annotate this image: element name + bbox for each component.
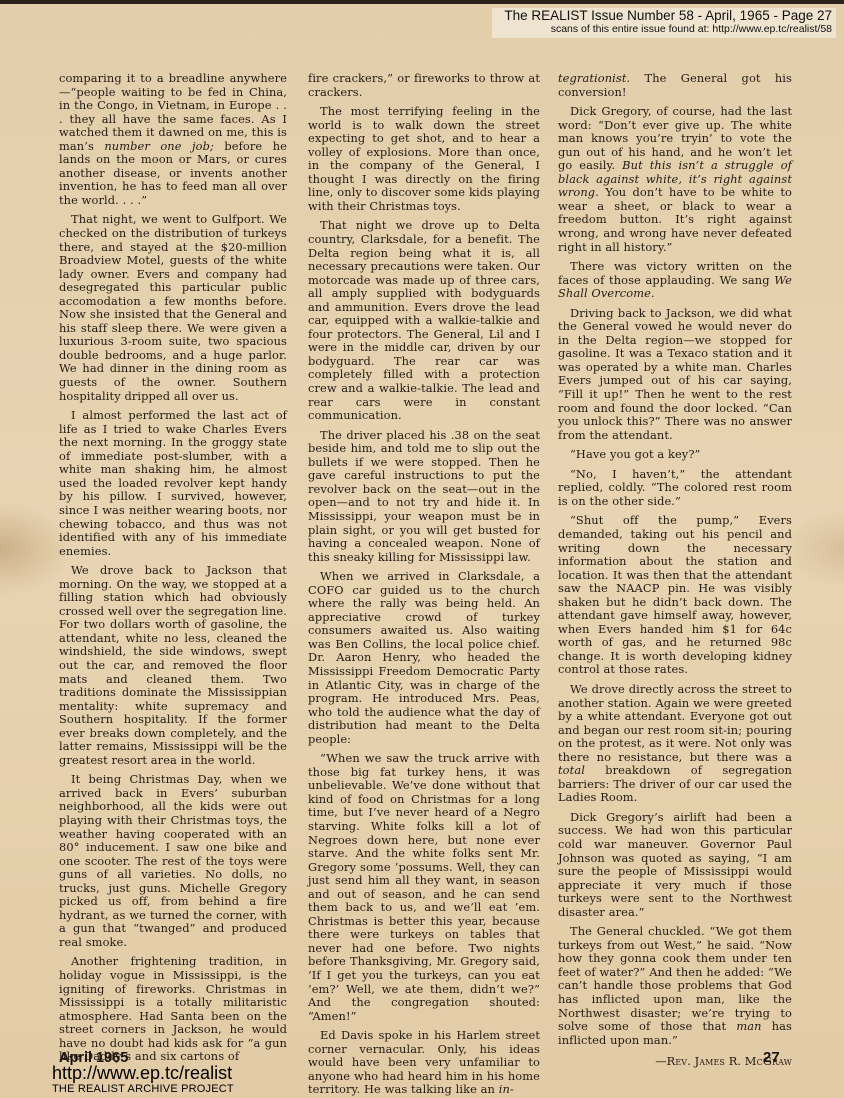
article-paragraph: tegrationist. The General got his conver… xyxy=(558,72,792,99)
article-paragraph: Dick Gregory, of course, had the last wo… xyxy=(558,105,792,254)
archive-title: The REALIST Issue Number 58 - April, 196… xyxy=(492,8,832,23)
article-paragraph: That night, we went to Gulfport. We chec… xyxy=(59,213,287,403)
top-border xyxy=(0,0,844,4)
article-paragraph: When we arrived in Clarksdale, a COFO ca… xyxy=(308,570,540,746)
article-paragraph: comparing it to a breadline anywhere —“p… xyxy=(59,72,287,207)
article-paragraph: fire crackers,” or fireworks to throw at… xyxy=(308,72,540,99)
article-paragraph: There was victory written on the faces o… xyxy=(558,260,792,301)
archive-header: The REALIST Issue Number 58 - April, 196… xyxy=(492,8,836,38)
article-paragraph: The most terrifying feeling in the world… xyxy=(308,105,540,213)
article-paragraph: That night we drove up to Delta country,… xyxy=(308,219,540,422)
article-column-2: fire crackers,” or fireworks to throw at… xyxy=(308,72,540,1098)
archive-project-label: THE REALIST ARCHIVE PROJECT xyxy=(52,1083,234,1095)
article-paragraph: “Have you got a key?” xyxy=(558,448,792,462)
article-paragraph: The driver placed his .38 on the seat be… xyxy=(308,429,540,564)
page-number: 27 xyxy=(763,1049,780,1066)
author-byline: —Rev. James R. McGraw xyxy=(558,1055,792,1069)
article-paragraph: The General chuckled. “We got them turke… xyxy=(558,925,792,1047)
article-column-3: tegrationist. The General got his conver… xyxy=(558,72,792,1075)
article-paragraph: I almost performed the last act of life … xyxy=(59,409,287,558)
article-paragraph: We drove back to Jackson that morning. O… xyxy=(59,564,287,767)
article-paragraph: “When we saw the truck arrive with those… xyxy=(308,752,540,1023)
article-paragraph: Another frightening tradition, in holida… xyxy=(59,955,287,1063)
article-paragraph: It being Christmas Day, when we arrived … xyxy=(59,773,287,949)
article-paragraph: “Shut off the pump,” Evers demanded, tak… xyxy=(558,514,792,677)
article-paragraph: Ed Davis spoke in his Harlem street corn… xyxy=(308,1029,540,1097)
article-paragraph: Driving back to Jackson, we did what the… xyxy=(558,307,792,442)
article-column-1: comparing it to a breadline anywhere —“p… xyxy=(59,72,287,1070)
archive-subtitle: scans of this entire issue found at: htt… xyxy=(492,23,832,36)
article-paragraph: Dick Gregory’s airlift had been a succes… xyxy=(558,811,792,919)
archive-url-link[interactable]: http://www.ep.tc/realist xyxy=(52,1063,232,1084)
article-paragraph: “No, I haven’t,” the attendant replied, … xyxy=(558,468,792,509)
article-paragraph: We drove directly across the street to a… xyxy=(558,683,792,805)
